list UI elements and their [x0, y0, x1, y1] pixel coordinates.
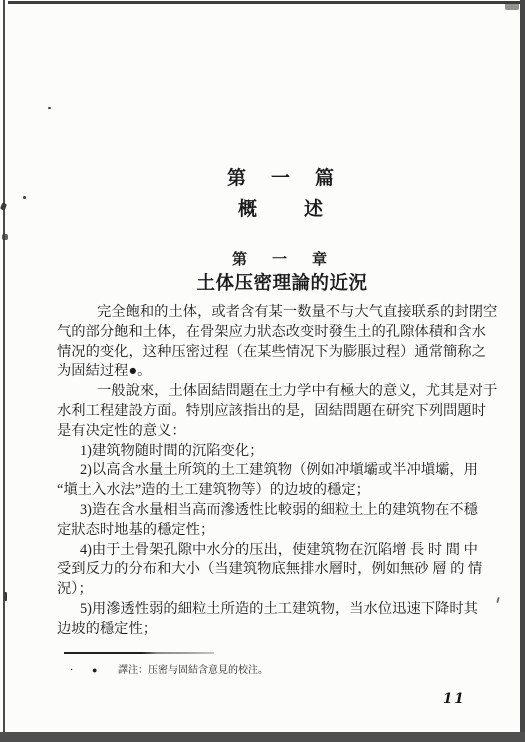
ink-speck [48, 107, 51, 109]
body-line: 4)由于土骨架孔隙中水分的压出，使建筑物在沉陷增 長 时 間 中 [57, 541, 475, 561]
body-line: 定狀态时地基的穩定性； [57, 521, 475, 541]
scan-edge-right [520, 0, 525, 742]
chapter-heading: 第 一 章 [40, 248, 524, 269]
body-line: 完全飽和的土体，或者含有某一数量不与大气直接联系的封閉空 [57, 303, 475, 323]
scan-edge-left [3, 0, 5, 733]
body-line: “塡土入水法”造的土工建筑物等）的边坡的穩定； [57, 481, 475, 501]
body-line: 2)以高含水量土所筑的土工建筑物（例如冲塡壩或半冲塡壩，用 [57, 461, 475, 481]
body-line: 是有决定性的意义： [57, 422, 475, 442]
body-text: 完全飽和的土体，或者含有某一数量不与大气直接联系的封閉空气的部分飽和土体，在骨架… [57, 303, 475, 640]
body-line: 1)建筑物随时間的沉陷变化； [57, 442, 475, 462]
body-line: 一般說來，土体固結問題在土力学中有極大的意义，尤其是对于 [57, 382, 475, 402]
ink-speck [2, 234, 8, 240]
part-title: 概 述 [40, 194, 524, 221]
footnote-separator [64, 652, 214, 654]
body-line: 边坡的穩定性； [57, 620, 475, 640]
body-line: 受到反力的分布和大小（当建筑物底無排水層时，例如無砂 層 的 情 [57, 560, 475, 580]
part-heading: 第 一 篇 [40, 163, 524, 190]
footnote-marker-icon: ● [92, 664, 118, 677]
ink-speck [23, 196, 26, 199]
body-line: 水利工程建設方面。特別应該指出的是，固結問題在研究下列問題时 [57, 402, 475, 422]
body-line: 5)用滲透性弱的細粒土所造的土工建筑物，当水位迅速下降时其 [57, 600, 475, 620]
body-line: 气的部分飽和土体，在骨架应力狀态改变时發生土的孔隙体積和含水 [57, 323, 475, 343]
body-line: 況）； [57, 580, 475, 600]
ink-speck [0, 202, 7, 210]
footnote: ·●譯注：压密与固結含意見的校注。 [70, 664, 470, 677]
body-line: 为固結过程●。 [57, 362, 475, 382]
ink-speck [496, 597, 499, 603]
scan-edge-bottom [0, 732, 525, 742]
body-line: 3)造在含水量相当高而滲透性比較弱的細粒土上的建筑物在不穩 [57, 501, 475, 521]
ink-speck [505, 2, 519, 10]
page-number: 11 [443, 691, 466, 707]
footnote-speck: · [70, 664, 92, 677]
chapter-title: 土体压密理論的近況 [40, 269, 524, 295]
ink-speck [4, 592, 7, 601]
scan-edge-top [8, 1, 525, 4]
scanned-book-page: 第 一 篇 概 述 第 一 章 土体压密理論的近況 完全飽和的土体，或者含有某一… [0, 0, 525, 742]
body-line: 情况的变化，这种压密过程（在某些情况下为膨脹过程）通常簡称之 [57, 343, 475, 363]
footnote-text: 譯注：压密与固結含意見的校注。 [118, 665, 268, 676]
